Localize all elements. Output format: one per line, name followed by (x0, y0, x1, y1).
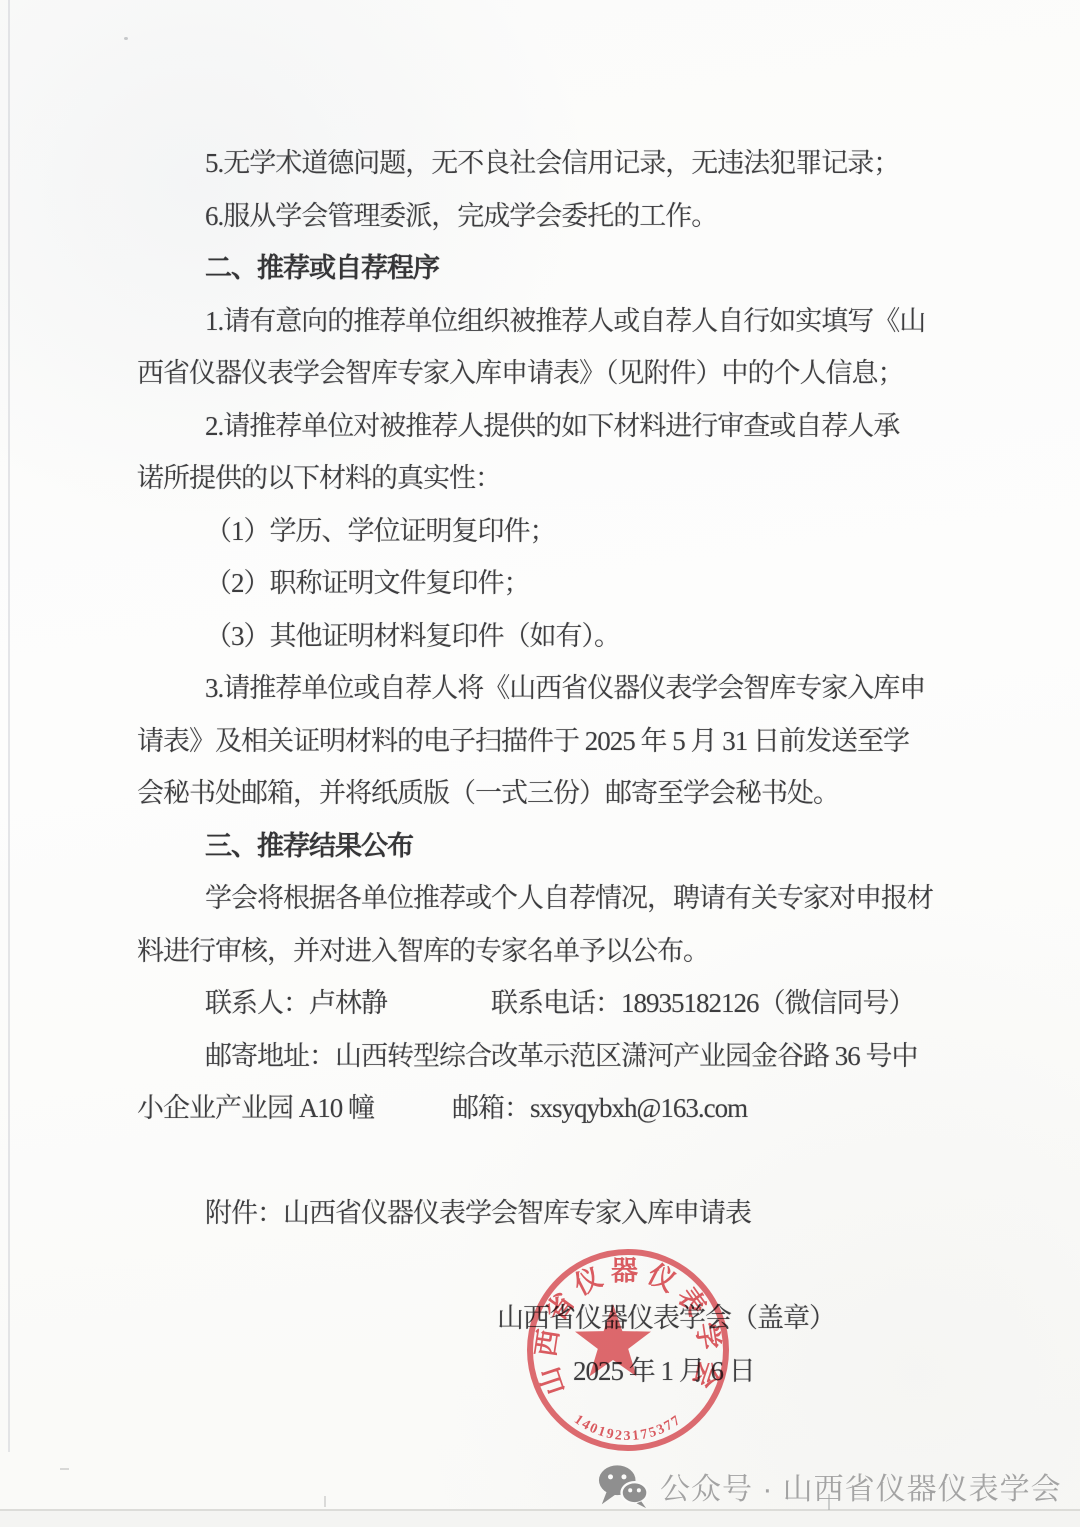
wechat-watermark: 公众号 · 山西省仪器仪表学会 (598, 1458, 1062, 1514)
document-line: 2.请推荐单位对被推荐人提供的如下材料进行审查或自荐人承 (137, 400, 1017, 453)
document-line: 联系人：卢林静 联系电话：18935182126（微信同号） (137, 977, 1017, 1030)
wechat-watermark-label: 公众号 · 山西省仪器仪表学会 (660, 1464, 1062, 1508)
document-line: （2）职称证明文件复印件； (137, 557, 1017, 610)
document-line: 西省仪器仪表学会智库专家入库申请表》（见附件）中的个人信息； (137, 347, 1017, 400)
seal-star-icon (575, 1304, 651, 1376)
scan-artifact (324, 1496, 326, 1507)
document-line: 二、推荐或自荐程序 (137, 242, 1017, 295)
scanned-document-page: 5.无学术道德问题，无不良社会信用记录，无违法犯罪记录；6.服从学会管理委派，完… (0, 0, 1080, 1527)
document-line (137, 1135, 1017, 1188)
document-lines: 5.无学术道德问题，无不良社会信用记录，无违法犯罪记录；6.服从学会管理委派，完… (137, 137, 1017, 1397)
document-line: （3）其他证明材料复印件（如有）。 (137, 610, 1017, 663)
scan-artifact (124, 37, 128, 40)
document-line: 诺所提供的以下材料的真实性： (137, 452, 1017, 505)
document-line: 料进行审核，并对进入智库的专家名单予以公布。 (137, 925, 1017, 978)
official-seal-stamp: 山西省仪器仪表学会 1401923175377 (518, 1242, 738, 1462)
document-line: 5.无学术道德问题，无不良社会信用记录，无违法犯罪记录； (137, 137, 1017, 190)
document-line: （1）学历、学位证明复印件； (137, 505, 1017, 558)
seal-stamp-graphic: 山西省仪器仪表学会 1401923175377 (518, 1242, 738, 1462)
document-line: 附件：山西省仪器仪表学会智库专家入库申请表 (137, 1187, 1017, 1240)
document-line: 请表》及相关证明材料的电子扫描件于 2025 年 5 月 31 日前发送至学 (137, 715, 1017, 768)
paper-left-edge (8, 0, 10, 1452)
scan-artifact (60, 1468, 69, 1470)
document-line: 小企业产业园 A10 幢 邮箱：sxsyqybxh@163.com (137, 1082, 1017, 1135)
document-line: 学会将根据各单位推荐或个人自荐情况，聘请有关专家对申报材 (137, 872, 1017, 925)
document-line: 6.服从学会管理委派，完成学会委托的工作。 (137, 190, 1017, 243)
wechat-icon (598, 1463, 648, 1509)
document-line: 1.请有意向的推荐单位组织被推荐人或自荐人自行如实填写《山 (137, 295, 1017, 348)
document-line: 会秘书处邮箱，并将纸质版（一式三份）邮寄至学会秘书处。 (137, 767, 1017, 820)
document-line: 邮寄地址：山西转型综合改革示范区潇河产业园金谷路 36 号中 (137, 1030, 1017, 1083)
document-line: 3.请推荐单位或自荐人将《山西省仪器仪表学会智库专家入库申 (137, 662, 1017, 715)
document-line: 三、推荐结果公布 (137, 820, 1017, 873)
